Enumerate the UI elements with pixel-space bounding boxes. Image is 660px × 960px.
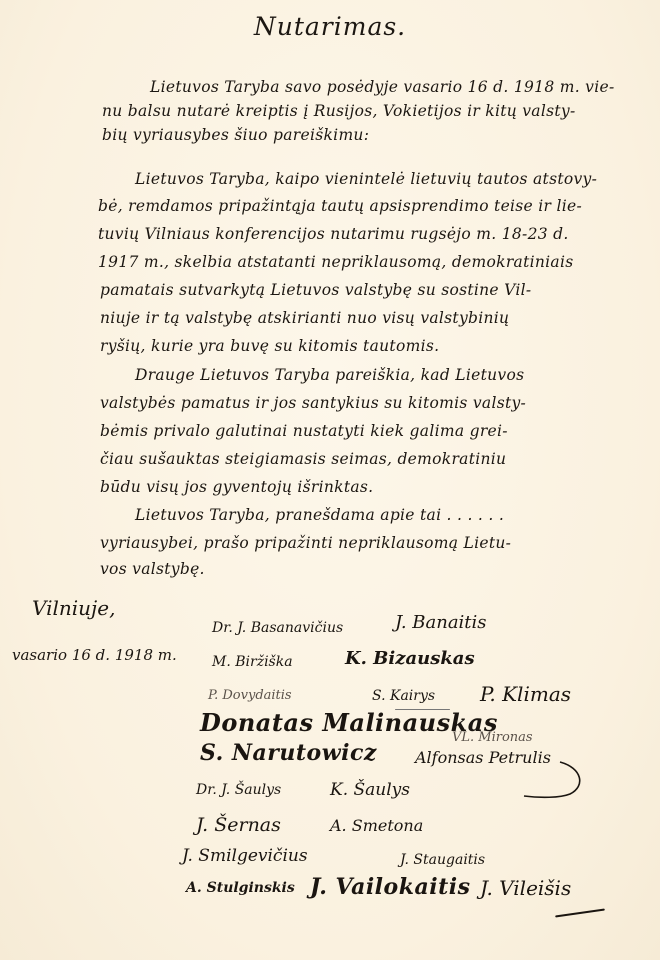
signature: J. Vileišis — [480, 876, 571, 900]
text-line: niuje ir tą valstybę atskirianti nuo vis… — [100, 309, 509, 327]
signature: J. Smilgevičius — [182, 846, 308, 866]
signature: J. Šernas — [196, 814, 281, 836]
text-line: Lietuvos Taryba, kaipo vienintelė lietuv… — [135, 170, 597, 188]
text-line: Lietuvos Taryba savo posėdyje vasario 16… — [150, 78, 615, 96]
date: vasario 16 d. 1918 m. — [12, 646, 177, 664]
signature: P. Klimas — [480, 682, 571, 706]
signature: M. Biržiška — [212, 654, 293, 670]
text-line: vyriausybei, prašo pripažinti nepriklaus… — [100, 534, 511, 552]
text-line: 1917 m., skelbia atstatanti nepriklausom… — [98, 253, 573, 271]
document-title: Nutarimas. — [0, 12, 660, 41]
text-line: Lietuvos Taryba, pranešdama apie tai . .… — [135, 506, 504, 524]
text-line: nu balsu nutarė kreiptis į Rusijos, Voki… — [102, 102, 575, 120]
text-line: bė, remdamos pripažintąja tautų apsispre… — [98, 197, 582, 215]
text-line: valstybės pamatus ir jos santykius su ki… — [100, 394, 526, 412]
signature: Dr. J. Šaulys — [196, 782, 281, 798]
signature: S. Kairys — [372, 688, 435, 704]
signature: VL. Mironas — [452, 730, 533, 745]
text-line: ryšių, kurie yra buvę su kitomis tautomi… — [100, 337, 439, 355]
text-line: būdu visų jos gyventojų išrinktas. — [100, 478, 373, 496]
signature-flourish — [555, 909, 605, 918]
document-page: Nutarimas. Lietuvos Taryba savo posėdyje… — [0, 0, 660, 960]
signature: K. Šaulys — [330, 780, 410, 800]
text-line: bių vyriausybes šiuo pareiškimu: — [102, 126, 369, 144]
signature: J. Vailokaitis — [310, 874, 470, 900]
signature: J. Staugaitis — [400, 852, 485, 868]
text-line: vos valstybę. — [100, 560, 205, 578]
signature: Dr. J. Basanavičius — [212, 620, 343, 636]
signature: S. Narutowicz — [200, 740, 377, 766]
text-line: bėmis privalo galutinai nustatyti kiek g… — [100, 422, 508, 440]
text-line: tuvių Vilniaus konferencijos nutarimu ru… — [98, 225, 569, 243]
place: Vilniuje, — [32, 596, 115, 620]
signature: A. Smetona — [330, 816, 423, 835]
signature: K. Bizauskas — [345, 648, 475, 669]
signature-flourish — [520, 760, 590, 800]
text-line: pamatais sutvarkytą Lietuvos valstybę su… — [100, 281, 531, 299]
signature: A. Stulginskis — [186, 880, 295, 896]
text-line: čiau sušauktas steigiamasis seimas, demo… — [100, 450, 506, 468]
signature: P. Dovydaitis — [208, 688, 292, 703]
text-line: Drauge Lietuvos Taryba pareiškia, kad Li… — [135, 366, 524, 384]
signature: J. Banaitis — [395, 612, 487, 633]
